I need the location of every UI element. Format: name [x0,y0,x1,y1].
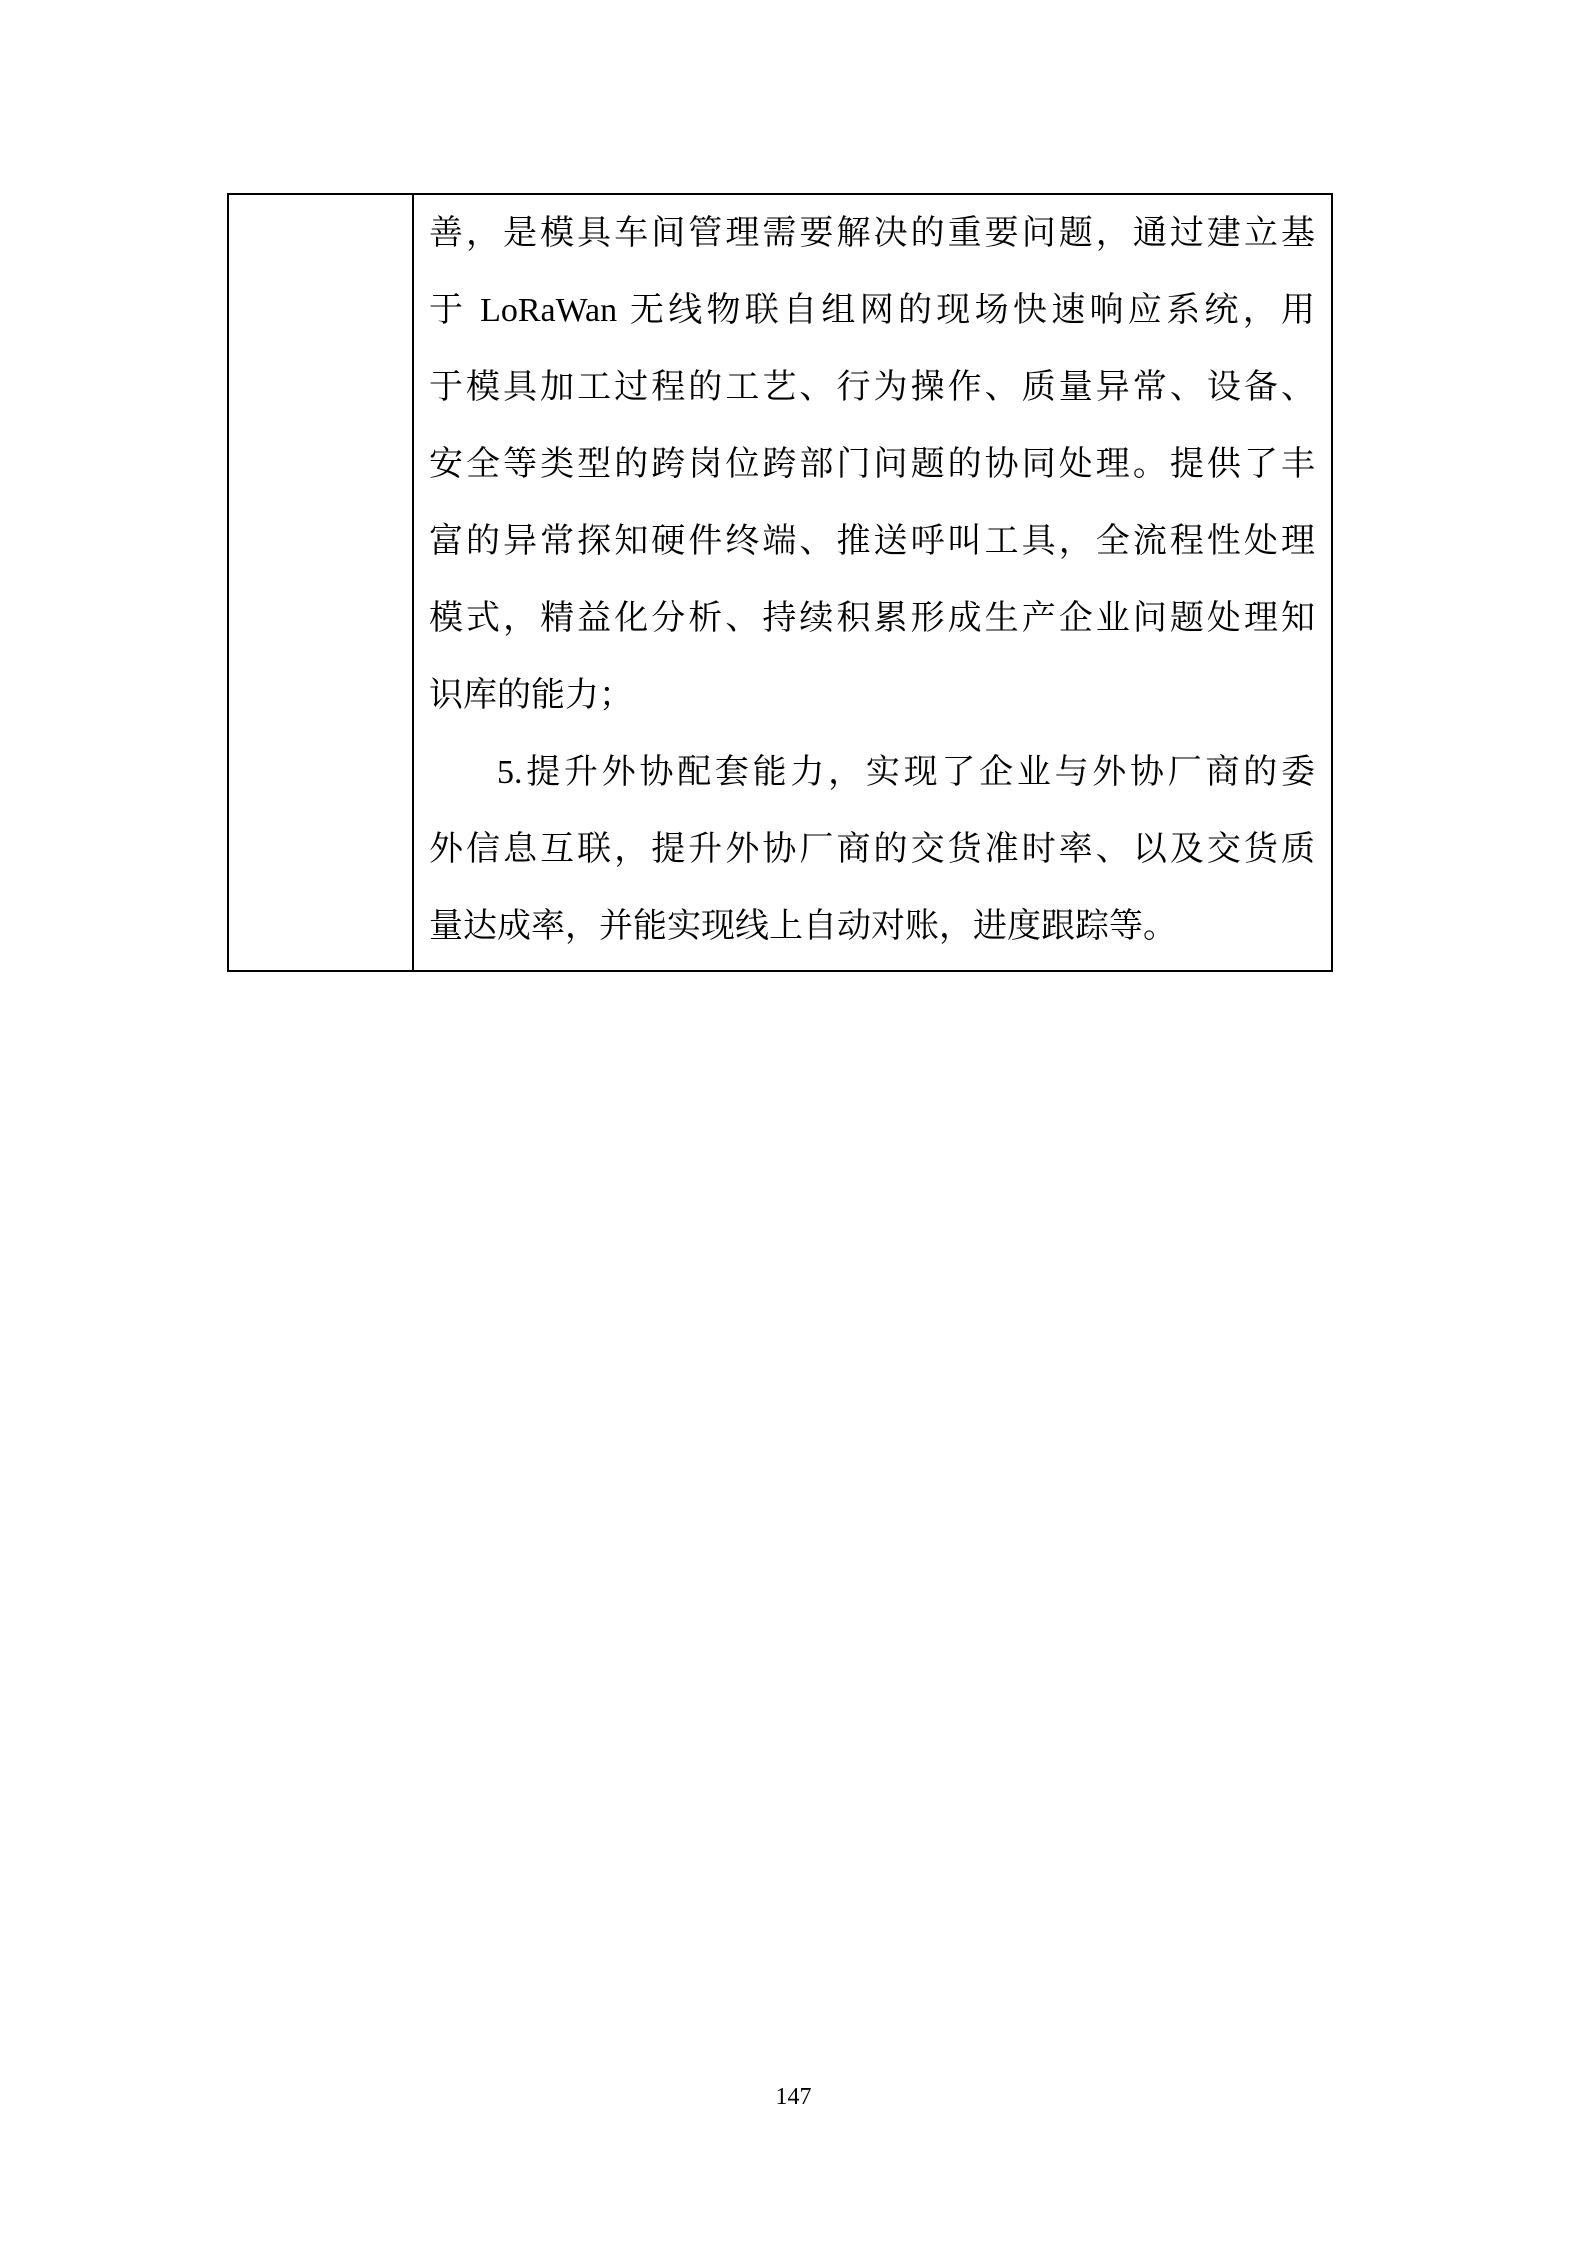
text-line: 于 LoRaWan 无线物联自组网的现场快速响应系统，用 [429,272,1315,349]
text-line: 5.提升外协配套能力，实现了企业与外协厂商的委 [429,734,1315,811]
text-line: 富的异常探知硬件终端、推送呼叫工具，全流程性处理 [429,503,1315,580]
text-line: 于模具加工过程的工艺、行为操作、质量异常、设备、 [429,349,1315,426]
text-line: 模式，精益化分析、持续积累形成生产企业问题处理知 [429,580,1315,657]
text-line: 外信息互联，提升外协厂商的交货准时率、以及交货质 [429,811,1315,888]
text-line: 量达成率，并能实现线上自动对账，进度跟踪等。 [429,888,1315,965]
text-line: 识库的能力； [429,657,1315,734]
table-cell-right: 善，是模具车间管理需要解决的重要问题，通过建立基 于 LoRaWan 无线物联自… [414,195,1331,970]
table-cell-left-empty [229,195,414,970]
text-line: 善，是模具车间管理需要解决的重要问题，通过建立基 [429,195,1315,272]
page-number: 147 [0,2083,1587,2111]
text-line: 安全等类型的跨岗位跨部门问题的协同处理。提供了丰 [429,426,1315,503]
continuation-table: 善，是模具车间管理需要解决的重要问题，通过建立基 于 LoRaWan 无线物联自… [227,193,1333,972]
